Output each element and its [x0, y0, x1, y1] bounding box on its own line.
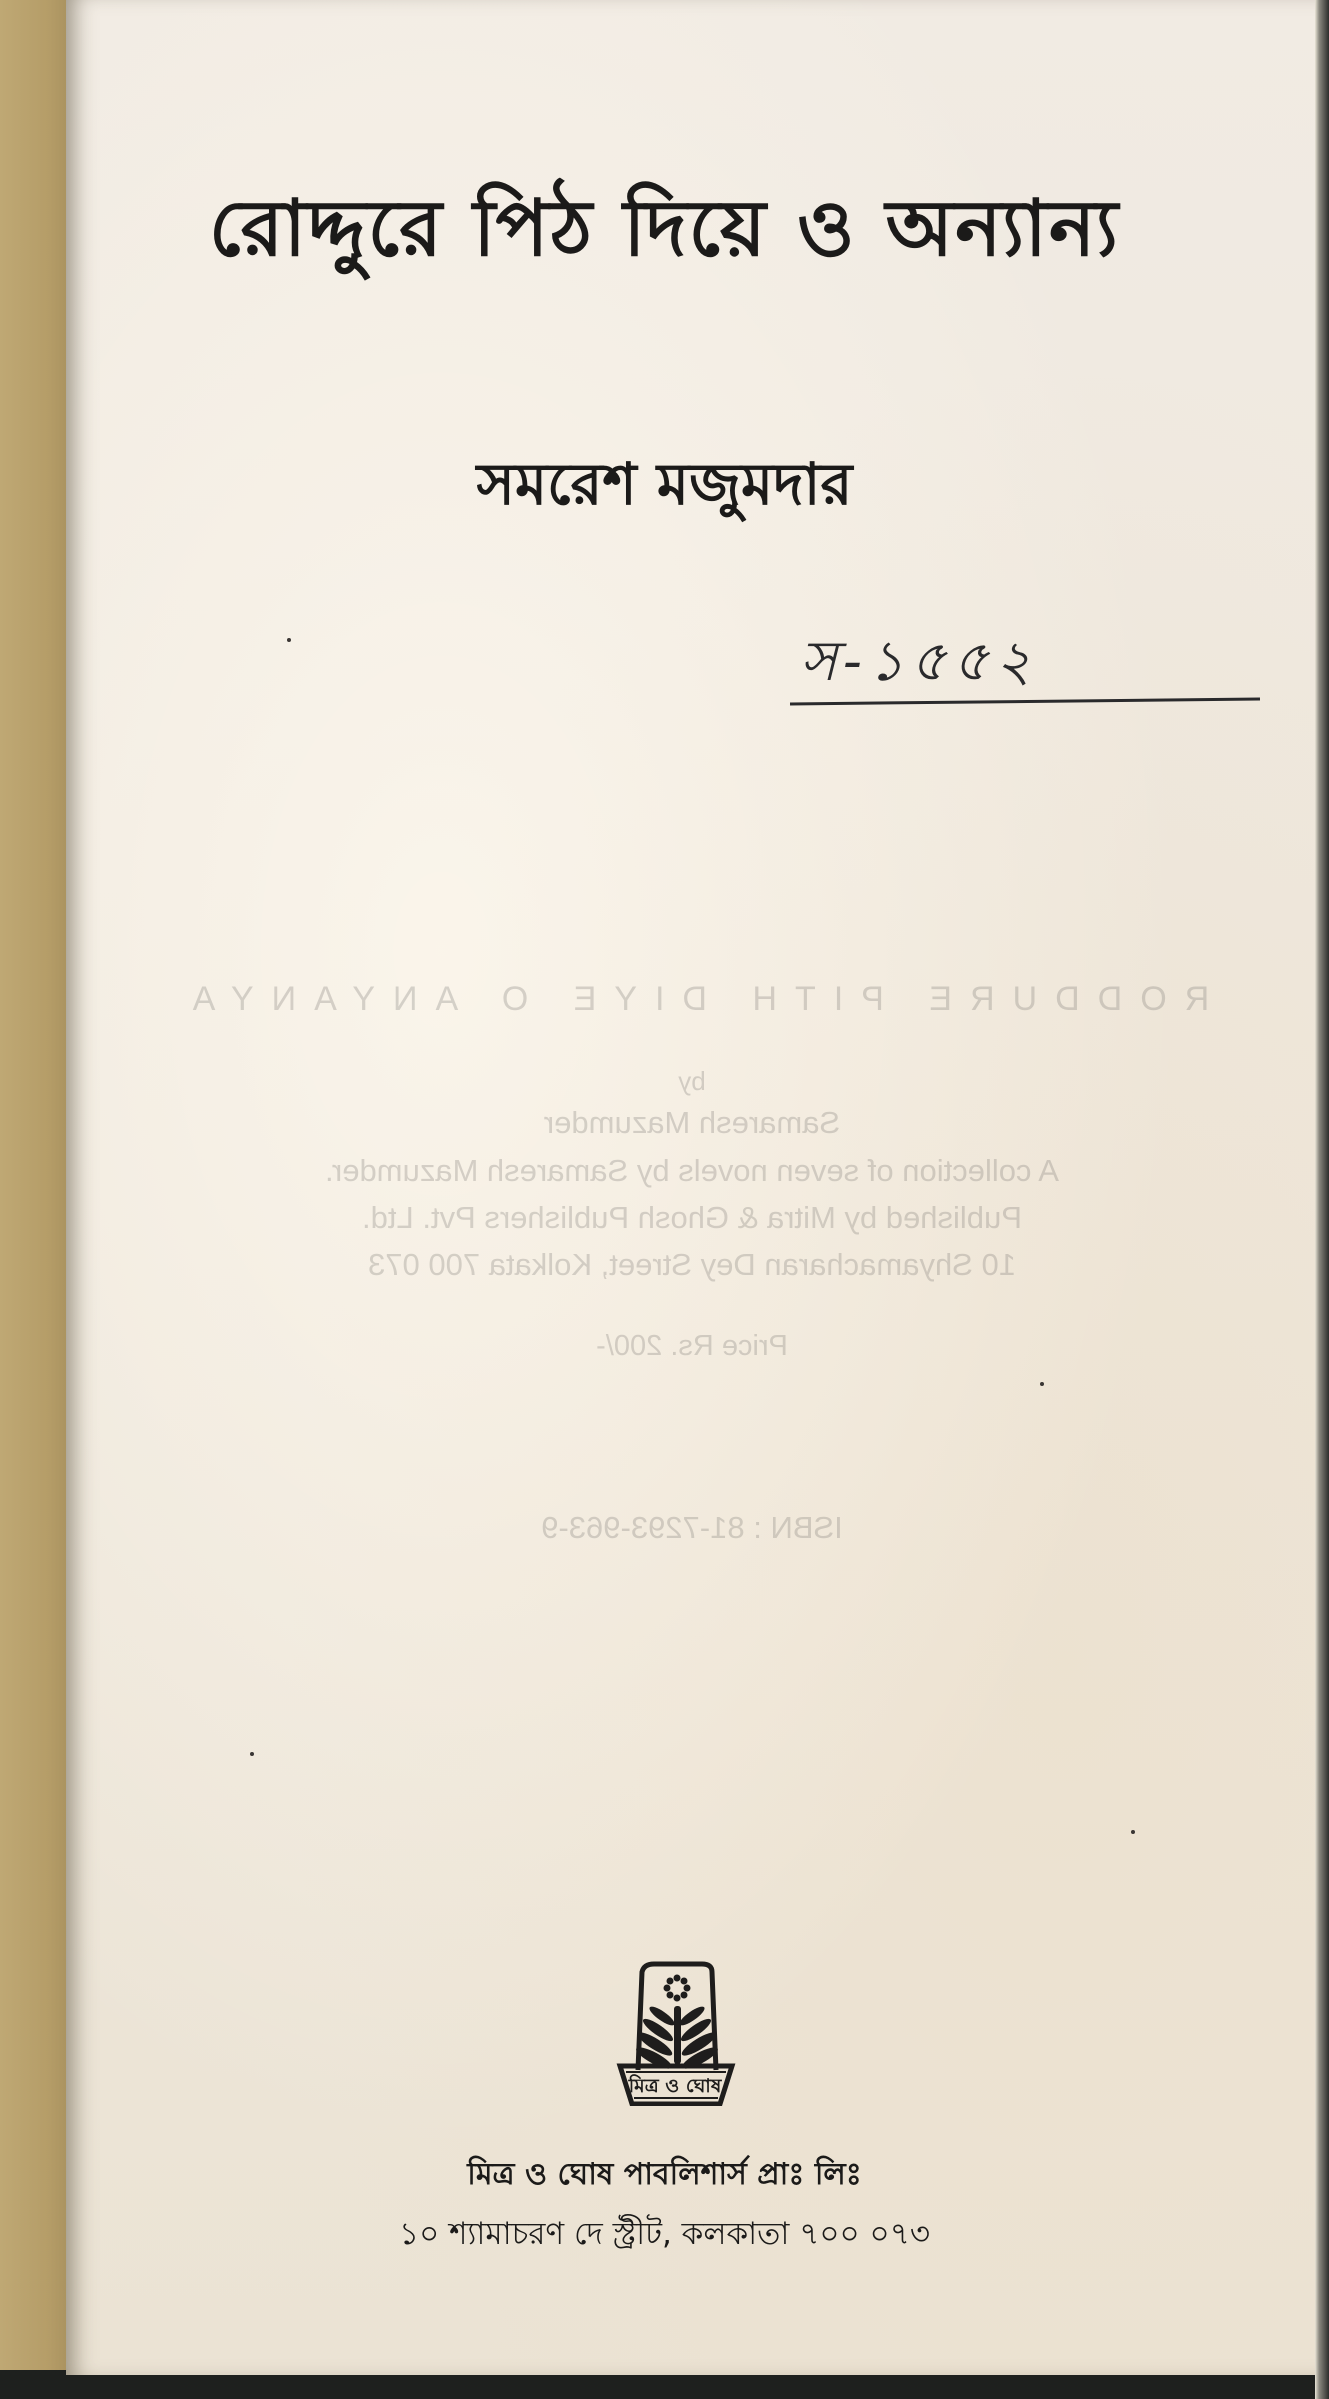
- show-through-publisher: Published by Mitra & Ghosh Publishers Pv…: [66, 1200, 1318, 1236]
- logo-label: মিত্র ও ঘোষ: [600, 2072, 750, 2104]
- book-title: রোদ্দুরে পিঠ দিয়ে ও অন্যান্য: [0, 168, 1329, 298]
- publisher-name: মিত্র ও ঘোষ পাবলিশার্স প্রাঃ লিঃ: [0, 2150, 1329, 2201]
- show-through-author: Samaresh Mazumder: [66, 1105, 1318, 1141]
- publisher-address: ১০ শ্যামাচরণ দে স্ট্রীট, কলকাতা ৭০০ ০৭৩: [0, 2210, 1329, 2262]
- handwritten-accession-mark: স-১৫৫২: [790, 618, 1260, 710]
- show-through-title: RODDURE PITH DIYE O ANYANYA: [66, 980, 1318, 1019]
- show-through-description: A collection of seven novels by Samaresh…: [66, 1153, 1318, 1189]
- page-edge-shadow: [1315, 0, 1329, 2399]
- paper-speck: [250, 1752, 254, 1756]
- show-through-isbn: ISBN : 81-7293-963-9: [66, 1510, 1318, 1546]
- show-through-address: 10 Shyamacharan Dey Street, Kolkata 700 …: [66, 1247, 1318, 1283]
- show-through-by: by: [66, 1066, 1318, 1097]
- paper-speck: [1131, 1830, 1135, 1834]
- show-through-price: Price Rs. 200/-: [66, 1330, 1318, 1363]
- tree-in-pot-logo-icon: মিত্র ও ঘোষ: [600, 1958, 750, 2106]
- paper-speck: [287, 638, 291, 642]
- accession-number: স-১৫৫২: [800, 618, 1037, 712]
- paper-speck: [1040, 1382, 1044, 1386]
- author-name: সমরেশ মজুমদার: [0, 440, 1329, 537]
